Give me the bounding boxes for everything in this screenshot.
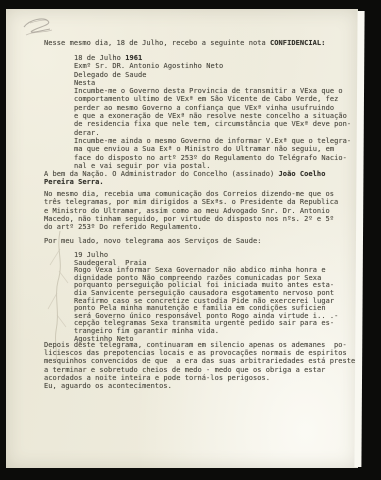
correios-line: três telegramas, por mim dirigidos a SEx… [44, 198, 338, 206]
final-para-line: a terminar e sobretudo cheios de medo - … [44, 366, 360, 374]
page-edge-highlight [354, 11, 364, 467]
signer-surname: Pereira Serra. [44, 178, 325, 186]
intro-line: Nesse mesmo dia, 18 de Julho, recebo a s… [44, 39, 325, 47]
note-line: ma que enviou a Sua Exª o Ministro do Ul… [74, 145, 351, 153]
note-line: face do disposto no artº 253º do Regulam… [74, 154, 351, 162]
note-line: comportamento ultimo de VExª em São Vice… [74, 95, 351, 103]
intro-text: Nesse mesmo dia, 18 de Julho, recebo a s… [44, 39, 270, 47]
correios-line: do artº 253º Do referido Regulamento. [44, 223, 338, 231]
photo-black-border: Nesse mesmo dia, 18 de Julho, recebo a s… [0, 0, 381, 480]
scanned-letter-page: Nesse mesmo dia, 18 de Julho, recebo a s… [6, 9, 358, 468]
note-line: Exmº Sr. DR. Antonio Agostinho Neto [74, 62, 351, 70]
note-year: 1961 [125, 54, 142, 62]
final-para-line: Eu, aguardo os acontecimentos. [44, 382, 360, 390]
final-para-line: mesquinhos convencidos de que a era das … [44, 357, 360, 365]
note-line: nal e vai seguir por via postal. [74, 162, 351, 170]
por-meu-lado-line: Por meu lado, novo telegrama aos Serviço… [44, 237, 261, 245]
correios-line: Macedo, não tinham seguido, por virtude … [44, 215, 338, 223]
final-para-line: acordados a noite inteira e pode torná-l… [44, 374, 360, 382]
note-line: de residencia fixa que nele tem, circums… [74, 120, 351, 128]
signer-name: João Coelho [279, 170, 326, 178]
note-line: perder ao mesmo Governo a confiança que … [74, 104, 351, 112]
note-line: Nesta [74, 79, 351, 87]
note-date: 18 de Julho [74, 54, 125, 62]
confidential-label: CONFIDENCIAL: [270, 39, 325, 47]
note-line: derar. [74, 129, 351, 137]
correios-line: e Ministro do Ultramar, assim como ao me… [44, 207, 338, 215]
signoff-text: A bem da Nação. O Administrador do Conce… [44, 170, 279, 178]
note-line: Delegado de Saude [74, 71, 351, 79]
final-para-line: Depois deste telegrama, continuaram em s… [44, 341, 360, 349]
